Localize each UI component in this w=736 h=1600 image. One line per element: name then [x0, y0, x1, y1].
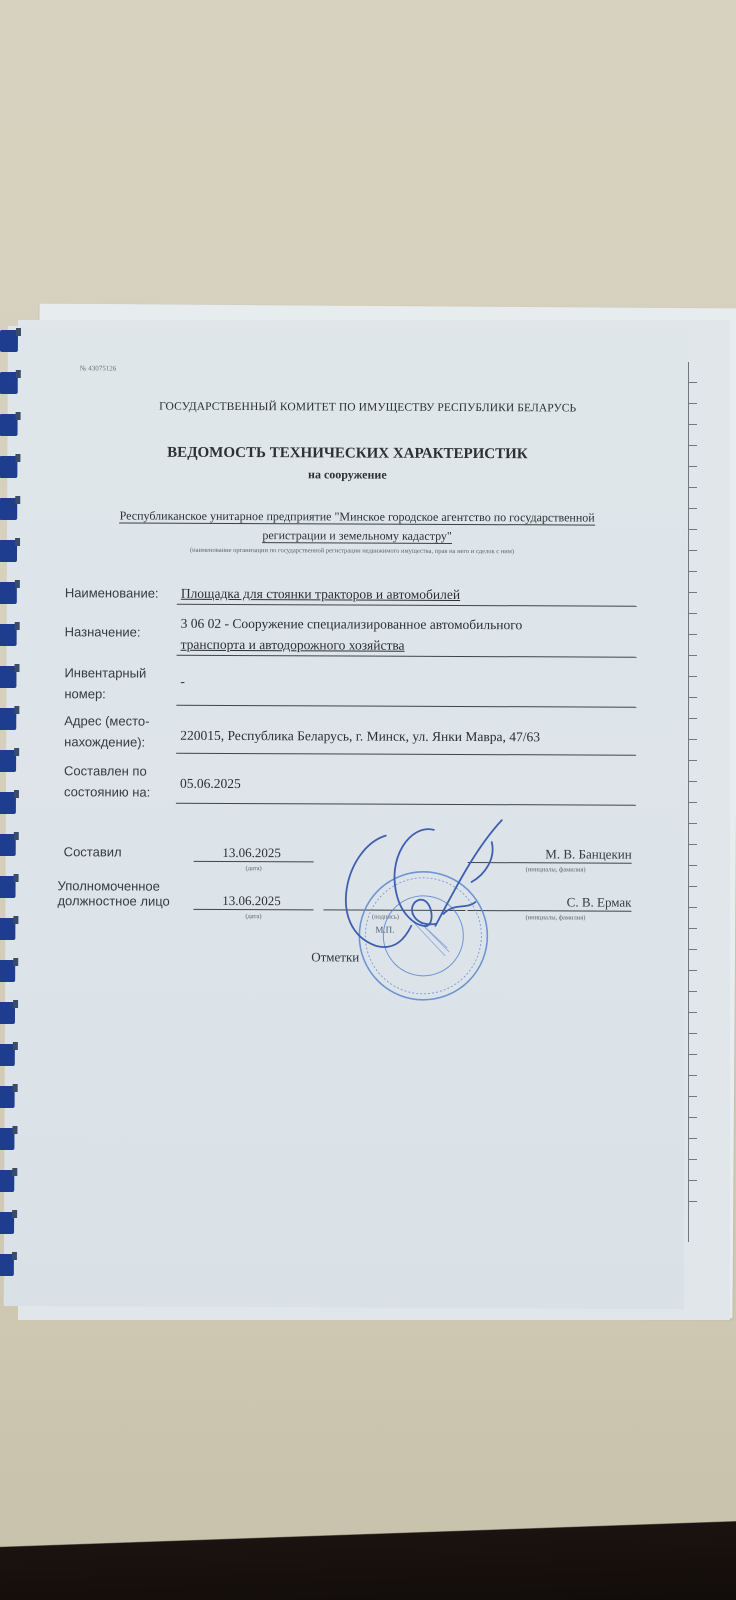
field-name-label: Наименование:: [65, 582, 175, 603]
binding-coil: [0, 1002, 15, 1024]
official-date: 13.06.2025: [191, 893, 311, 910]
official-label-line-1: Уполномоченное: [58, 878, 160, 893]
field-inventory-label-2: номер:: [64, 683, 174, 704]
binding-coil: [0, 1044, 15, 1066]
binding-coil: [0, 834, 16, 856]
field-inventory-label-1: Инвентарный: [64, 662, 174, 683]
compiled-date-line: [194, 861, 314, 863]
organization-line-1: Республиканское унитарное предприятие "М…: [120, 508, 595, 525]
organization-caption: (наименование организации по государстве…: [97, 546, 607, 555]
official-date-caption: (дата): [193, 913, 313, 921]
document-id: № 43075126: [80, 364, 116, 372]
field-purpose: Назначение: 3 06 02 - Сооружение специал…: [65, 616, 637, 662]
field-address: Адрес (место- нахождение): 220015, Респу…: [64, 710, 636, 760]
binding-coil: [0, 540, 17, 562]
field-inventory-underline: [176, 705, 636, 708]
binding-coil: [0, 498, 17, 520]
field-address-value: 220015, Республика Беларусь, г. Минск, у…: [180, 725, 636, 748]
compiled-date: 13.06.2025: [192, 845, 312, 862]
field-asof-label-1: Составлен по: [64, 760, 174, 781]
binding-coil: [0, 792, 16, 814]
document-page: № 43075126 ГОСУДАРСТВЕННЫЙ КОМИТЕТ ПО ИМ…: [4, 326, 688, 1309]
field-inventory-value: -: [180, 671, 636, 694]
field-asof-underline: [176, 803, 636, 806]
field-as-of-date: Составлен по состоянию на: 05.06.2025: [64, 760, 636, 810]
field-address-label-2: нахождение):: [64, 731, 174, 752]
binding-coil: [0, 1086, 15, 1108]
document-subtitle: на сооружение: [7, 466, 687, 484]
field-asof-value: 05.06.2025: [180, 773, 636, 796]
binding-coil: [0, 666, 17, 688]
field-purpose-value-line1: 3 06 02 - Сооружение специализированное …: [181, 613, 637, 636]
field-inventory-number: Инвентарный номер: -: [64, 662, 636, 710]
ministry-header: ГОСУДАРСТВЕННЫЙ КОМИТЕТ ПО ИМУЩЕСТВУ РЕС…: [8, 400, 688, 415]
field-purpose-label: Назначение:: [65, 621, 175, 642]
compiled-by-label: Составил: [64, 844, 122, 859]
binding-coil: [0, 582, 17, 604]
binding-coil: [0, 708, 16, 730]
binding-coil: [0, 1212, 14, 1234]
official-label-line-2: должностное лицо: [57, 893, 169, 908]
official-label: Уполномоченное должностное лицо: [57, 878, 169, 908]
binding-coil: [0, 1254, 14, 1276]
binding-coil: [0, 624, 17, 646]
binding-coil: [0, 960, 15, 982]
page-edge-tabs: [688, 362, 701, 1242]
organization-name: Республиканское унитарное предприятие "М…: [87, 506, 627, 546]
compiled-date-caption: (дата): [194, 865, 314, 873]
binding-coil: [0, 330, 18, 352]
field-asof-label-2: состоянию на:: [64, 781, 174, 802]
binding-coil: [0, 1170, 14, 1192]
field-address-underline: [176, 753, 636, 756]
field-name-value: Площадка для стоянки тракторов и автомоб…: [181, 583, 637, 606]
stamp-and-signature: [315, 817, 536, 1018]
field-address-label-1: Адрес (место-: [64, 710, 174, 731]
binding-coil: [0, 414, 18, 436]
field-purpose-value-line2: транспорта и автодорожного хозяйства: [181, 634, 637, 657]
binding-coil: [0, 1128, 15, 1150]
handwritten-signature: [346, 819, 502, 947]
field-name: Наименование: Площадка для стоянки тракт…: [65, 582, 637, 608]
official-date-line: [193, 909, 313, 911]
document-title: ВЕДОМОСТЬ ТЕХНИЧЕСКИХ ХАРАКТЕРИСТИК: [7, 444, 687, 464]
binding-coil: [0, 876, 16, 898]
official-stamp: [359, 872, 488, 1001]
binding-coil: [0, 372, 18, 394]
binding-coil: [0, 750, 16, 772]
binding-coil: [0, 918, 15, 940]
desk-edge-shadow: [0, 1520, 736, 1600]
organization-line-2: регистрации и земельному кадастру": [262, 528, 452, 544]
